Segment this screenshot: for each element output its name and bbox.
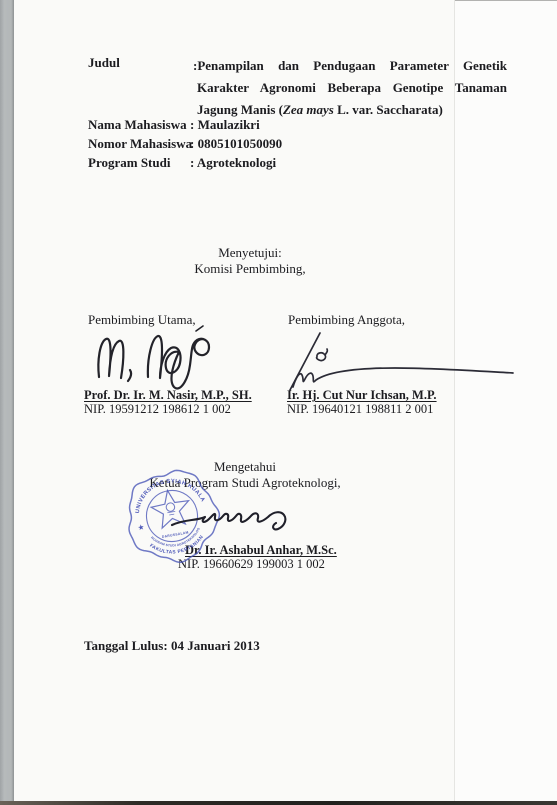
advisor-right-nip: NIP. 19640121 198811 2 001: [287, 401, 433, 417]
head-nip: NIP. 19660629 199003 1 002: [178, 556, 325, 572]
mengetahui-line: Mengetahui: [95, 459, 395, 475]
stamp-center-text: DARUSSALAM: [162, 530, 189, 539]
acknowledgement-heading: Mengetahui Ketua Program Studi Agrotekno…: [95, 459, 395, 490]
stamp-inner-circle: [142, 486, 201, 545]
title-line-3-post: L. var. Saccharata): [334, 102, 443, 117]
komisi-line: Komisi Pembimbing,: [100, 261, 400, 277]
stamp-emblem-lines: [167, 511, 175, 515]
role-pembimbing-utama: Pembimbing Utama,: [88, 312, 196, 328]
ketua-prodi-line: Ketua Program Studi Agroteknologi,: [95, 475, 395, 491]
scan-edge-bottom: [0, 801, 557, 805]
prodi-label: Program Studi: [88, 155, 170, 171]
title-species-name: Zea mays: [283, 102, 334, 117]
judul-label: Judul: [88, 55, 120, 71]
prodi-value: : Agroteknologi: [190, 155, 276, 171]
approval-heading: Menyetujui: Komisi Pembimbing,: [100, 245, 400, 276]
advisor-left-nip: NIP. 19591212 198612 1 002: [84, 401, 231, 417]
title-block: :Penampilan dan Pendugaan Parameter Gene…: [193, 55, 507, 121]
stamp-star-outline: [149, 487, 193, 529]
signature-nasir: [98, 326, 209, 388]
title-line-1: :Penampilan dan Pendugaan Parameter Gene…: [193, 55, 507, 77]
stamp-center-emblem: [166, 502, 176, 512]
stamp-inner-bottom-text: PROGRAM STUDI AGROTEKNOLOGI: [0, 0, 203, 577]
stamp-star-glyph: ★: [137, 523, 145, 532]
scan-top-hairline: [455, 0, 557, 1]
menyetujui-line: Menyetujui:: [100, 245, 400, 261]
thesis-approval-page: Judul :Penampilan dan Pendugaan Paramete…: [0, 0, 557, 805]
signature-ashabul: [172, 512, 285, 529]
nomor-value: : 0805101050090: [190, 136, 282, 152]
title-line-2: Karakter Agronomi Beberapa Genotipe Tana…: [193, 77, 507, 99]
tanggal-lulus: Tanggal Lulus: 04 Januari 2013: [84, 638, 260, 654]
nama-label: Nama Mahasiswa: [88, 117, 187, 133]
scan-edge-left: [0, 0, 14, 805]
nama-value: : Maulazikri: [190, 117, 260, 133]
title-line-3-pre: Jagung Manis (: [197, 102, 283, 117]
nomor-label: Nomor Mahasiswa: [88, 136, 192, 152]
role-pembimbing-anggota: Pembimbing Anggota,: [288, 312, 405, 328]
